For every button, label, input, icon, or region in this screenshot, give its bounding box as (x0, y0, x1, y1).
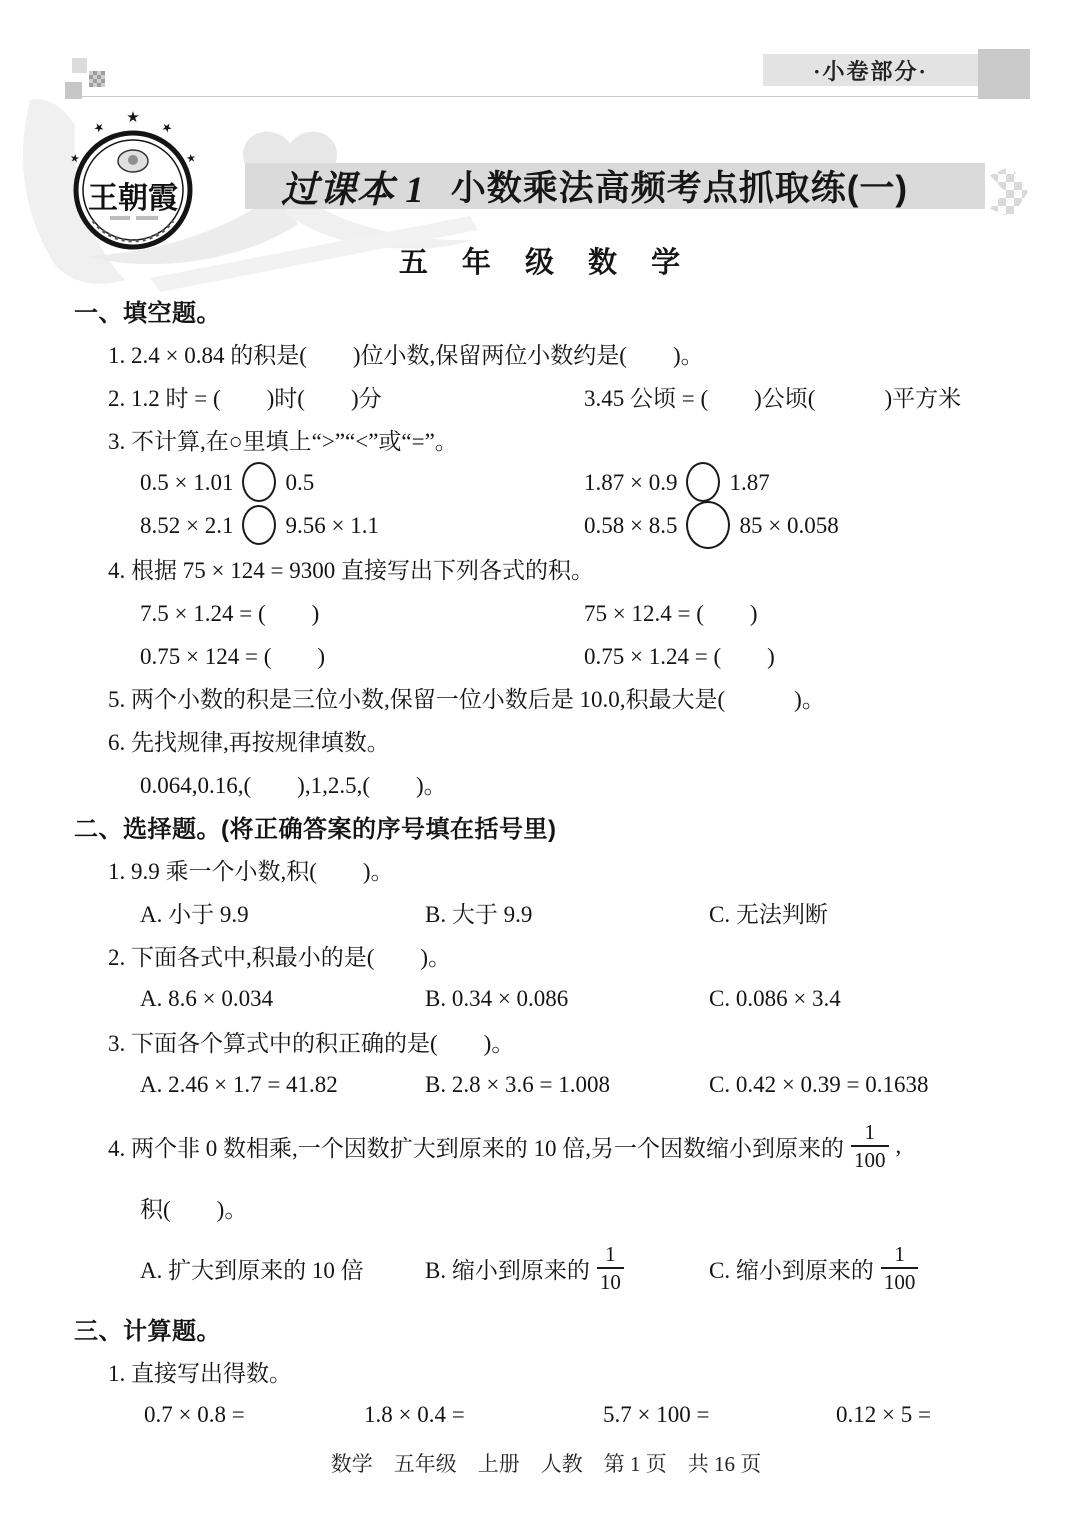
product-item: 0.75 × 124 = ( ) (140, 638, 584, 671)
s1-question1: 1. 2.4 × 0.84 的积是( )位小数,保留两位小数约是( )。 (0, 332, 1092, 375)
fraction: 1 10 (597, 1242, 624, 1293)
s2-question2-options: A. 8.6 × 0.034 B. 0.34 × 0.086 C. 0.086 … (0, 977, 1092, 1020)
option-b: B. 0.34 × 0.086 (425, 986, 709, 1012)
s2-question1-options: A. 小于 9.9 B. 大于 9.9 C. 无法判断 (0, 891, 1092, 934)
comparison-circle (686, 501, 730, 549)
comparison-item: 8.52 × 2.1 9.56 × 1.1 (140, 505, 584, 547)
s3-question1: 1. 直接写出得数。 (0, 1350, 1092, 1393)
comparison-item: 0.58 × 8.5 85 × 0.058 (584, 501, 839, 551)
deco-square (65, 82, 82, 99)
comparison-item: 1.87 × 0.9 1.87 (584, 462, 770, 504)
option-c: C. 0.086 × 3.4 (709, 986, 841, 1012)
checker-pattern-decoration (990, 166, 1028, 218)
deco-square (72, 58, 87, 73)
comparison-right: 1.87 (729, 470, 769, 496)
s1-question2-right: 3.45 公顷 = ( )公顷( )平方米 (584, 380, 961, 413)
s2-question4-stem: 4. 两个非 0 数相乘,一个因数扩大到原来的 10 倍,另一个因数缩小到原来的… (0, 1106, 1092, 1186)
section3-heading: 三、计算题。 (0, 1307, 1092, 1350)
comparison-circle (242, 462, 276, 502)
calc-item: 5.7 × 100 = (603, 1402, 836, 1428)
fraction: 1 100 (881, 1242, 919, 1293)
option-text: C. 缩小到原来的 (709, 1252, 874, 1285)
comparison-right: 85 × 0.058 (739, 513, 838, 539)
svg-text:★: ★ (91, 119, 107, 137)
deco-square (89, 71, 105, 87)
comparison-left: 8.52 × 2.1 (140, 513, 233, 539)
s1-question2-left: 2. 1.2 时 = ( )时( )分 (108, 380, 584, 413)
stem-text: 4. 两个非 0 数相乘,一个因数扩大到原来的 10 倍,另一个因数缩小到原来的 (108, 1130, 844, 1163)
option-a: A. 2.46 × 1.7 = 41.82 (140, 1072, 425, 1098)
svg-text:★: ★ (126, 110, 139, 126)
svg-text:★: ★ (159, 119, 175, 137)
fraction-numerator: 1 (894, 1242, 905, 1266)
s1-question6: 6. 先找规律,再按规律填数。 (0, 719, 1092, 762)
product-item: 7.5 × 1.24 = ( ) (140, 595, 584, 628)
s1-question4: 4. 根据 75 × 124 = 9300 直接写出下列各式的积。 (0, 547, 1092, 590)
comparison-left: 0.5 × 1.01 (140, 470, 233, 496)
comparison-left: 1.87 × 0.9 (584, 470, 677, 496)
stem-text: , (896, 1133, 902, 1159)
option-b: B. 缩小到原来的 1 10 (425, 1242, 709, 1293)
s1-question4-row2: 0.75 × 124 = ( ) 0.75 × 1.24 = ( ) (0, 633, 1092, 676)
option-c: C. 缩小到原来的 1 100 (709, 1242, 925, 1293)
option-a: A. 小于 9.9 (140, 896, 425, 929)
worksheet-body: 一、填空题。 1. 2.4 × 0.84 的积是( )位小数,保留两位小数约是(… (0, 289, 1092, 1436)
s1-question5: 5. 两个小数的积是三位小数,保留一位小数后是 10.0,积最大是( )。 (0, 676, 1092, 719)
comparison-left: 0.58 × 8.5 (584, 513, 677, 539)
fraction-denominator: 100 (881, 1267, 919, 1294)
page-title: 小数乘法高频考点抓取练(一) (451, 161, 908, 211)
s1-question4-row1: 7.5 × 1.24 = ( ) 75 × 12.4 = ( ) (0, 590, 1092, 633)
comparison-item: 0.5 × 1.01 0.5 (140, 462, 584, 504)
section2-heading: 二、选择题。(将正确答案的序号填在括号里) (0, 805, 1092, 848)
s2-question2: 2. 下面各式中,积最小的是( )。 (0, 934, 1092, 977)
section1-heading: 一、填空题。 (0, 289, 1092, 332)
corner-gray-square (978, 49, 1030, 99)
option-c: C. 无法判断 (709, 896, 828, 929)
comparison-row: 8.52 × 2.1 9.56 × 1.1 0.58 × 8.5 85 × 0.… (0, 504, 1092, 547)
logo-brand-text: 王朝霞 (88, 182, 178, 215)
page-footer: 数学 五年级 上册 人教 第 1 页 共 16 页 (0, 1448, 1092, 1478)
corner-tag: ·小卷部分· (763, 54, 978, 86)
s2-question4-continuation: 积( )。 (140, 1186, 1092, 1229)
s2-question4-options: A. 扩大到原来的 10 倍 B. 缩小到原来的 1 10 C. 缩小到原来的 … (0, 1229, 1092, 1307)
fraction-denominator: 100 (851, 1145, 889, 1172)
comparison-circle (686, 462, 720, 502)
s1-question2-row: 2. 1.2 时 = ( )时( )分 3.45 公顷 = ( )公顷( )平方… (0, 375, 1092, 418)
option-b: B. 2.8 × 3.6 = 1.008 (425, 1072, 709, 1098)
corner-tag-label: ·小卷部分· (813, 55, 928, 86)
fraction-numerator: 1 (605, 1242, 616, 1266)
header-rule (66, 96, 1016, 97)
s2-question3: 3. 下面各个算式中的积正确的是( )。 (0, 1020, 1092, 1063)
comparison-circle (242, 505, 276, 545)
product-item: 75 × 12.4 = ( ) (584, 595, 758, 628)
publisher-logo-icon: ★ ★ ★ ★ ★ 王朝霞 (60, 104, 206, 254)
title-banner: 过课本 1 小数乘法高频考点抓取练(一) (245, 163, 985, 209)
comparison-row: 0.5 × 1.01 0.5 1.87 × 0.9 1.87 (0, 461, 1092, 504)
comparison-right: 9.56 × 1.1 (285, 513, 378, 539)
s1-question6-sequence: 0.064,0.16,( ),1,2.5,( )。 (140, 762, 1092, 805)
fraction-numerator: 1 (865, 1120, 876, 1144)
worksheet-page: ·小卷部分· ★ ★ ★ ★ ★ 王朝霞 过课本 1 小数乘法高频考点抓取练(一… (0, 0, 1092, 1535)
product-item: 0.75 × 1.24 = ( ) (584, 638, 775, 671)
s1-question3: 3. 不计算,在○里填上“>”“<”或“=”。 (0, 418, 1092, 461)
title-prefix: 过课本 1 (281, 159, 425, 213)
comparison-right: 0.5 (285, 470, 314, 496)
fraction: 1 100 (851, 1120, 889, 1171)
option-b: B. 大于 9.9 (425, 896, 709, 929)
option-a: A. 扩大到原来的 10 倍 (140, 1252, 425, 1285)
option-c: C. 0.42 × 0.39 = 0.1638 (709, 1072, 929, 1098)
option-text: B. 缩小到原来的 (425, 1252, 590, 1285)
s2-question1: 1. 9.9 乘一个小数,积( )。 (0, 848, 1092, 891)
calc-item: 1.8 × 0.4 = (364, 1402, 603, 1428)
option-a: A. 8.6 × 0.034 (140, 986, 425, 1012)
s2-question3-options: A. 2.46 × 1.7 = 41.82 B. 2.8 × 3.6 = 1.0… (0, 1063, 1092, 1106)
calc-item: 0.12 × 5 = (836, 1402, 931, 1428)
fraction-denominator: 10 (597, 1267, 624, 1294)
calc-item: 0.7 × 0.8 = (144, 1402, 364, 1428)
s3-calc-row: 0.7 × 0.8 = 1.8 × 0.4 = 5.7 × 100 = 0.12… (0, 1393, 1092, 1436)
